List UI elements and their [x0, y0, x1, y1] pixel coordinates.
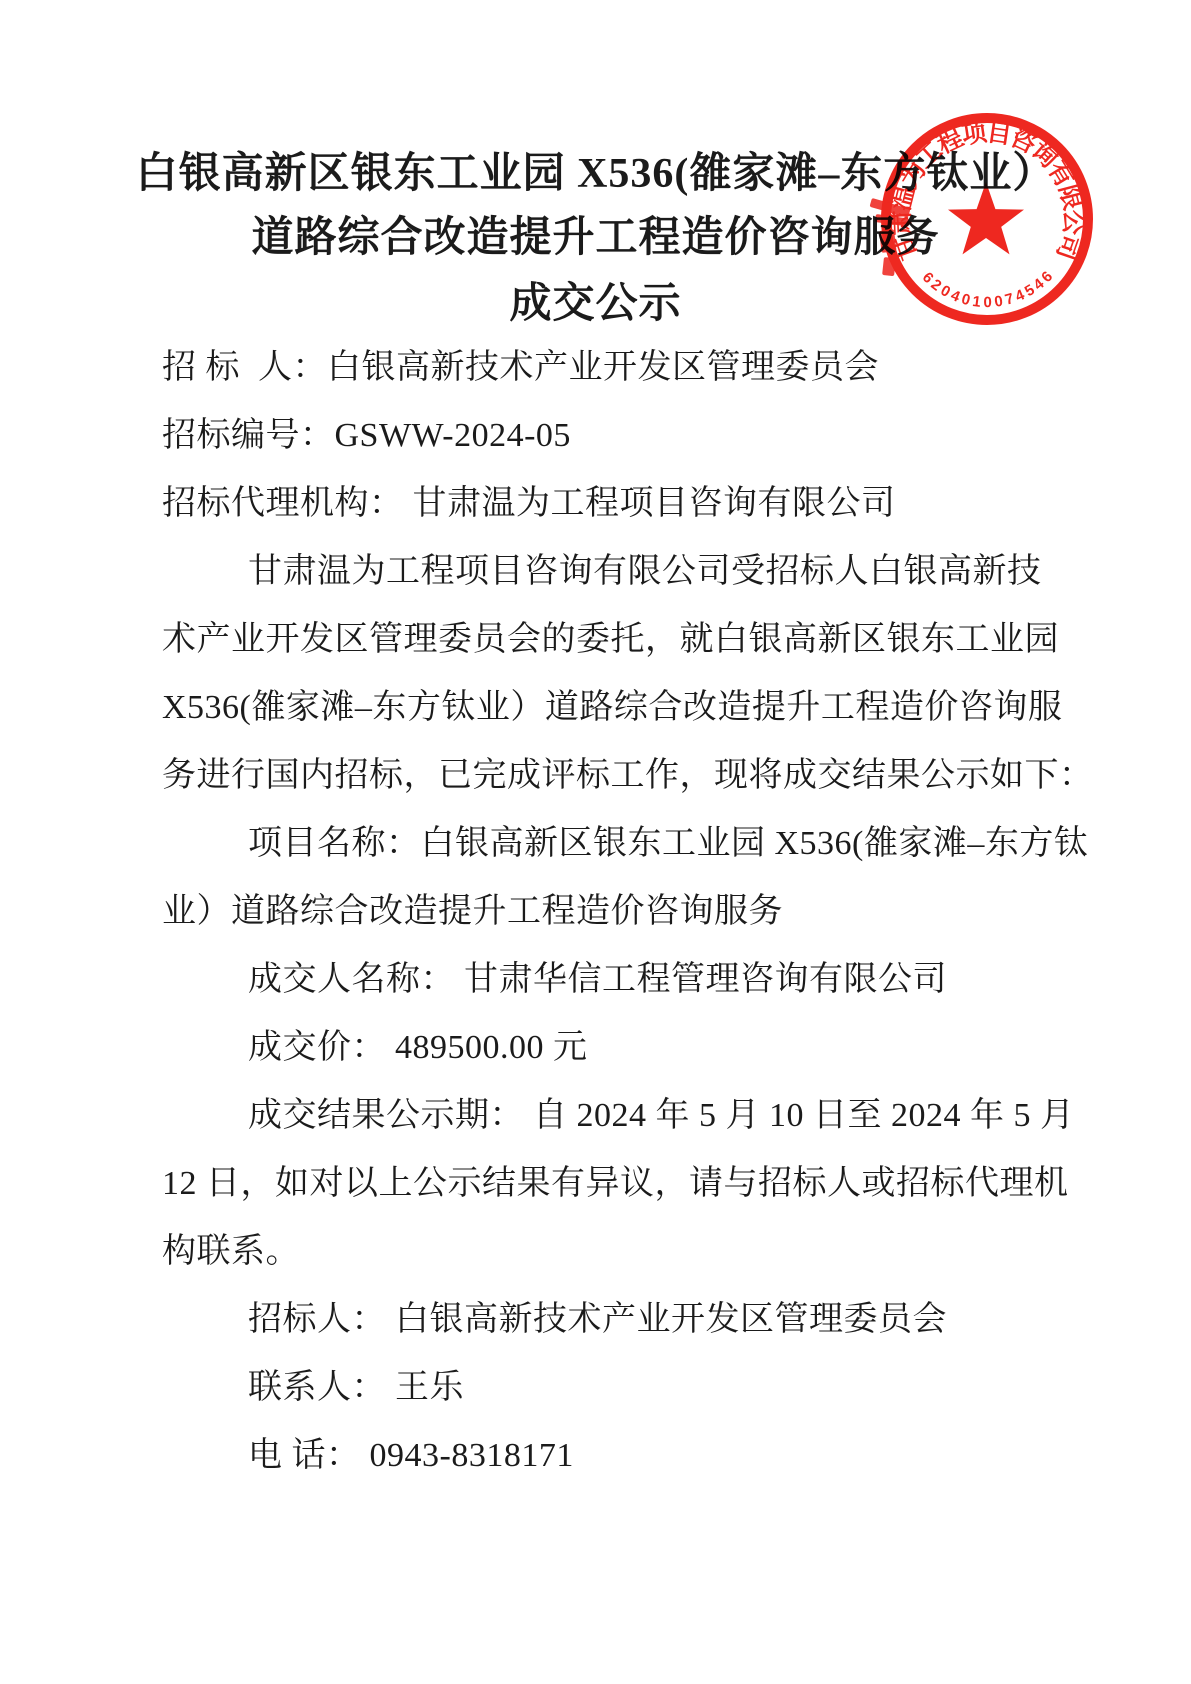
- body-line: 招 标 人：白银高新技术产业开发区管理委员会: [162, 346, 879, 390]
- body-line: 成交人名称： 甘肃华信工程管理咨询有限公司: [248, 958, 947, 1002]
- body-line: 术产业开发区管理委员会的委托，就白银高新区银东工业园: [162, 618, 1059, 662]
- body-line: 12 日，如对以上公示结果有异议，请与招标人或招标代理机: [162, 1162, 1069, 1206]
- body-line: 电 话： 0943-8318171: [248, 1434, 574, 1478]
- body-line: 务进行国内招标，已完成评标工作，现将成交结果公示如下：: [162, 754, 1094, 798]
- body-line: 成交结果公示期： 自 2024 年 5 月 10 日至 2024 年 5 月: [248, 1094, 1075, 1138]
- body-line: 项目名称：白银高新区银东工业园 X536(雒家滩–东方钛: [248, 822, 1088, 866]
- seal-star: [948, 182, 1024, 254]
- body-line: 甘肃温为工程项目咨询有限公司受招标人白银高新技: [248, 550, 1042, 594]
- body-line: 业）道路综合改造提升工程造价咨询服务: [162, 890, 783, 934]
- body-line: 联系人： 王乐: [248, 1366, 464, 1410]
- body-line: 成交价： 489500.00 元: [248, 1026, 588, 1070]
- body-line: 构联系。: [162, 1230, 300, 1274]
- body-line: 招标编号：GSWW-2024-05: [162, 414, 571, 458]
- official-seal: 甘肃温为工程项目咨询有限公司 6204010074546: [860, 92, 1120, 352]
- body-line: X536(雒家滩–东方钛业）道路综合改造提升工程造价咨询服: [162, 686, 1062, 730]
- body-line: 招标人： 白银高新技术产业开发区管理委员会: [248, 1298, 947, 1342]
- body-line: 招标代理机构： 甘肃温为工程项目咨询有限公司: [162, 482, 896, 526]
- document-page: 白银高新区银东工业园 X536(雒家滩–东方钛业） 道路综合改造提升工程造价咨询…: [0, 0, 1191, 1684]
